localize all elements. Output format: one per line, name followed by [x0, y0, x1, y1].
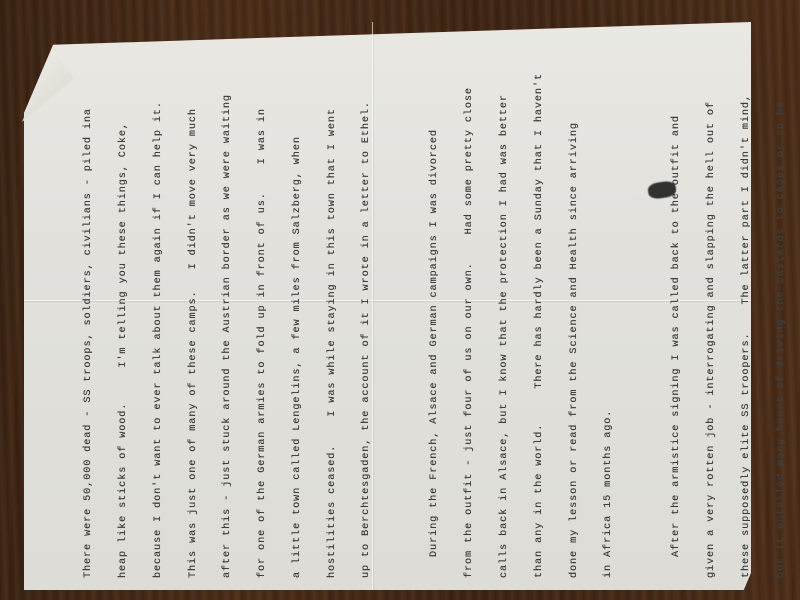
text-line: after this - just stuck around the Austr… [222, 18, 234, 578]
text-line: There were 50,000 dead - SS troops, sold… [83, 18, 95, 578]
paragraph-1: There were 50,000 dead - SS troops, sold… [60, 18, 396, 578]
text-line: After the armistice signing I was called… [671, 18, 683, 578]
text-line: heap like sticks of wood. I'm telling yo… [118, 18, 130, 578]
paragraph-3: After the armistice signing I was called… [648, 18, 800, 578]
text-line: This was just one of many of these camps… [188, 18, 200, 578]
text-line: During the French, Alsace and German cam… [429, 18, 441, 578]
text-line: for one of the German armies to fold up … [257, 18, 269, 578]
text-line: from the outfit - just four of us on our… [464, 18, 476, 578]
text-line: given a very rotten job - interrogating … [706, 18, 718, 578]
text-line: done my lesson or read from the Science … [569, 18, 581, 578]
text-line: up to Berchtesgaden, the account of it I… [361, 18, 373, 578]
letter-text-block: There were 50,000 dead - SS troops, sold… [60, 18, 680, 578]
text-line: a little town called Lengelins, a few mi… [292, 18, 304, 578]
text-line: calls back in Alsace, but I know that th… [499, 18, 511, 578]
text-line: in Africa 15 months ago. [603, 18, 615, 578]
text-line: these supposedly elite SS troopers. The … [741, 18, 753, 578]
text-line: but it entailed many hours of driving th… [776, 18, 788, 578]
text-line: hostilities ceased. I was while staying … [327, 18, 339, 578]
text-line: than any in the world. There has hardly … [534, 18, 546, 578]
text-line: because I don't want to ever talk about … [153, 18, 165, 578]
paragraph-2: During the French, Alsace and German cam… [406, 18, 638, 578]
